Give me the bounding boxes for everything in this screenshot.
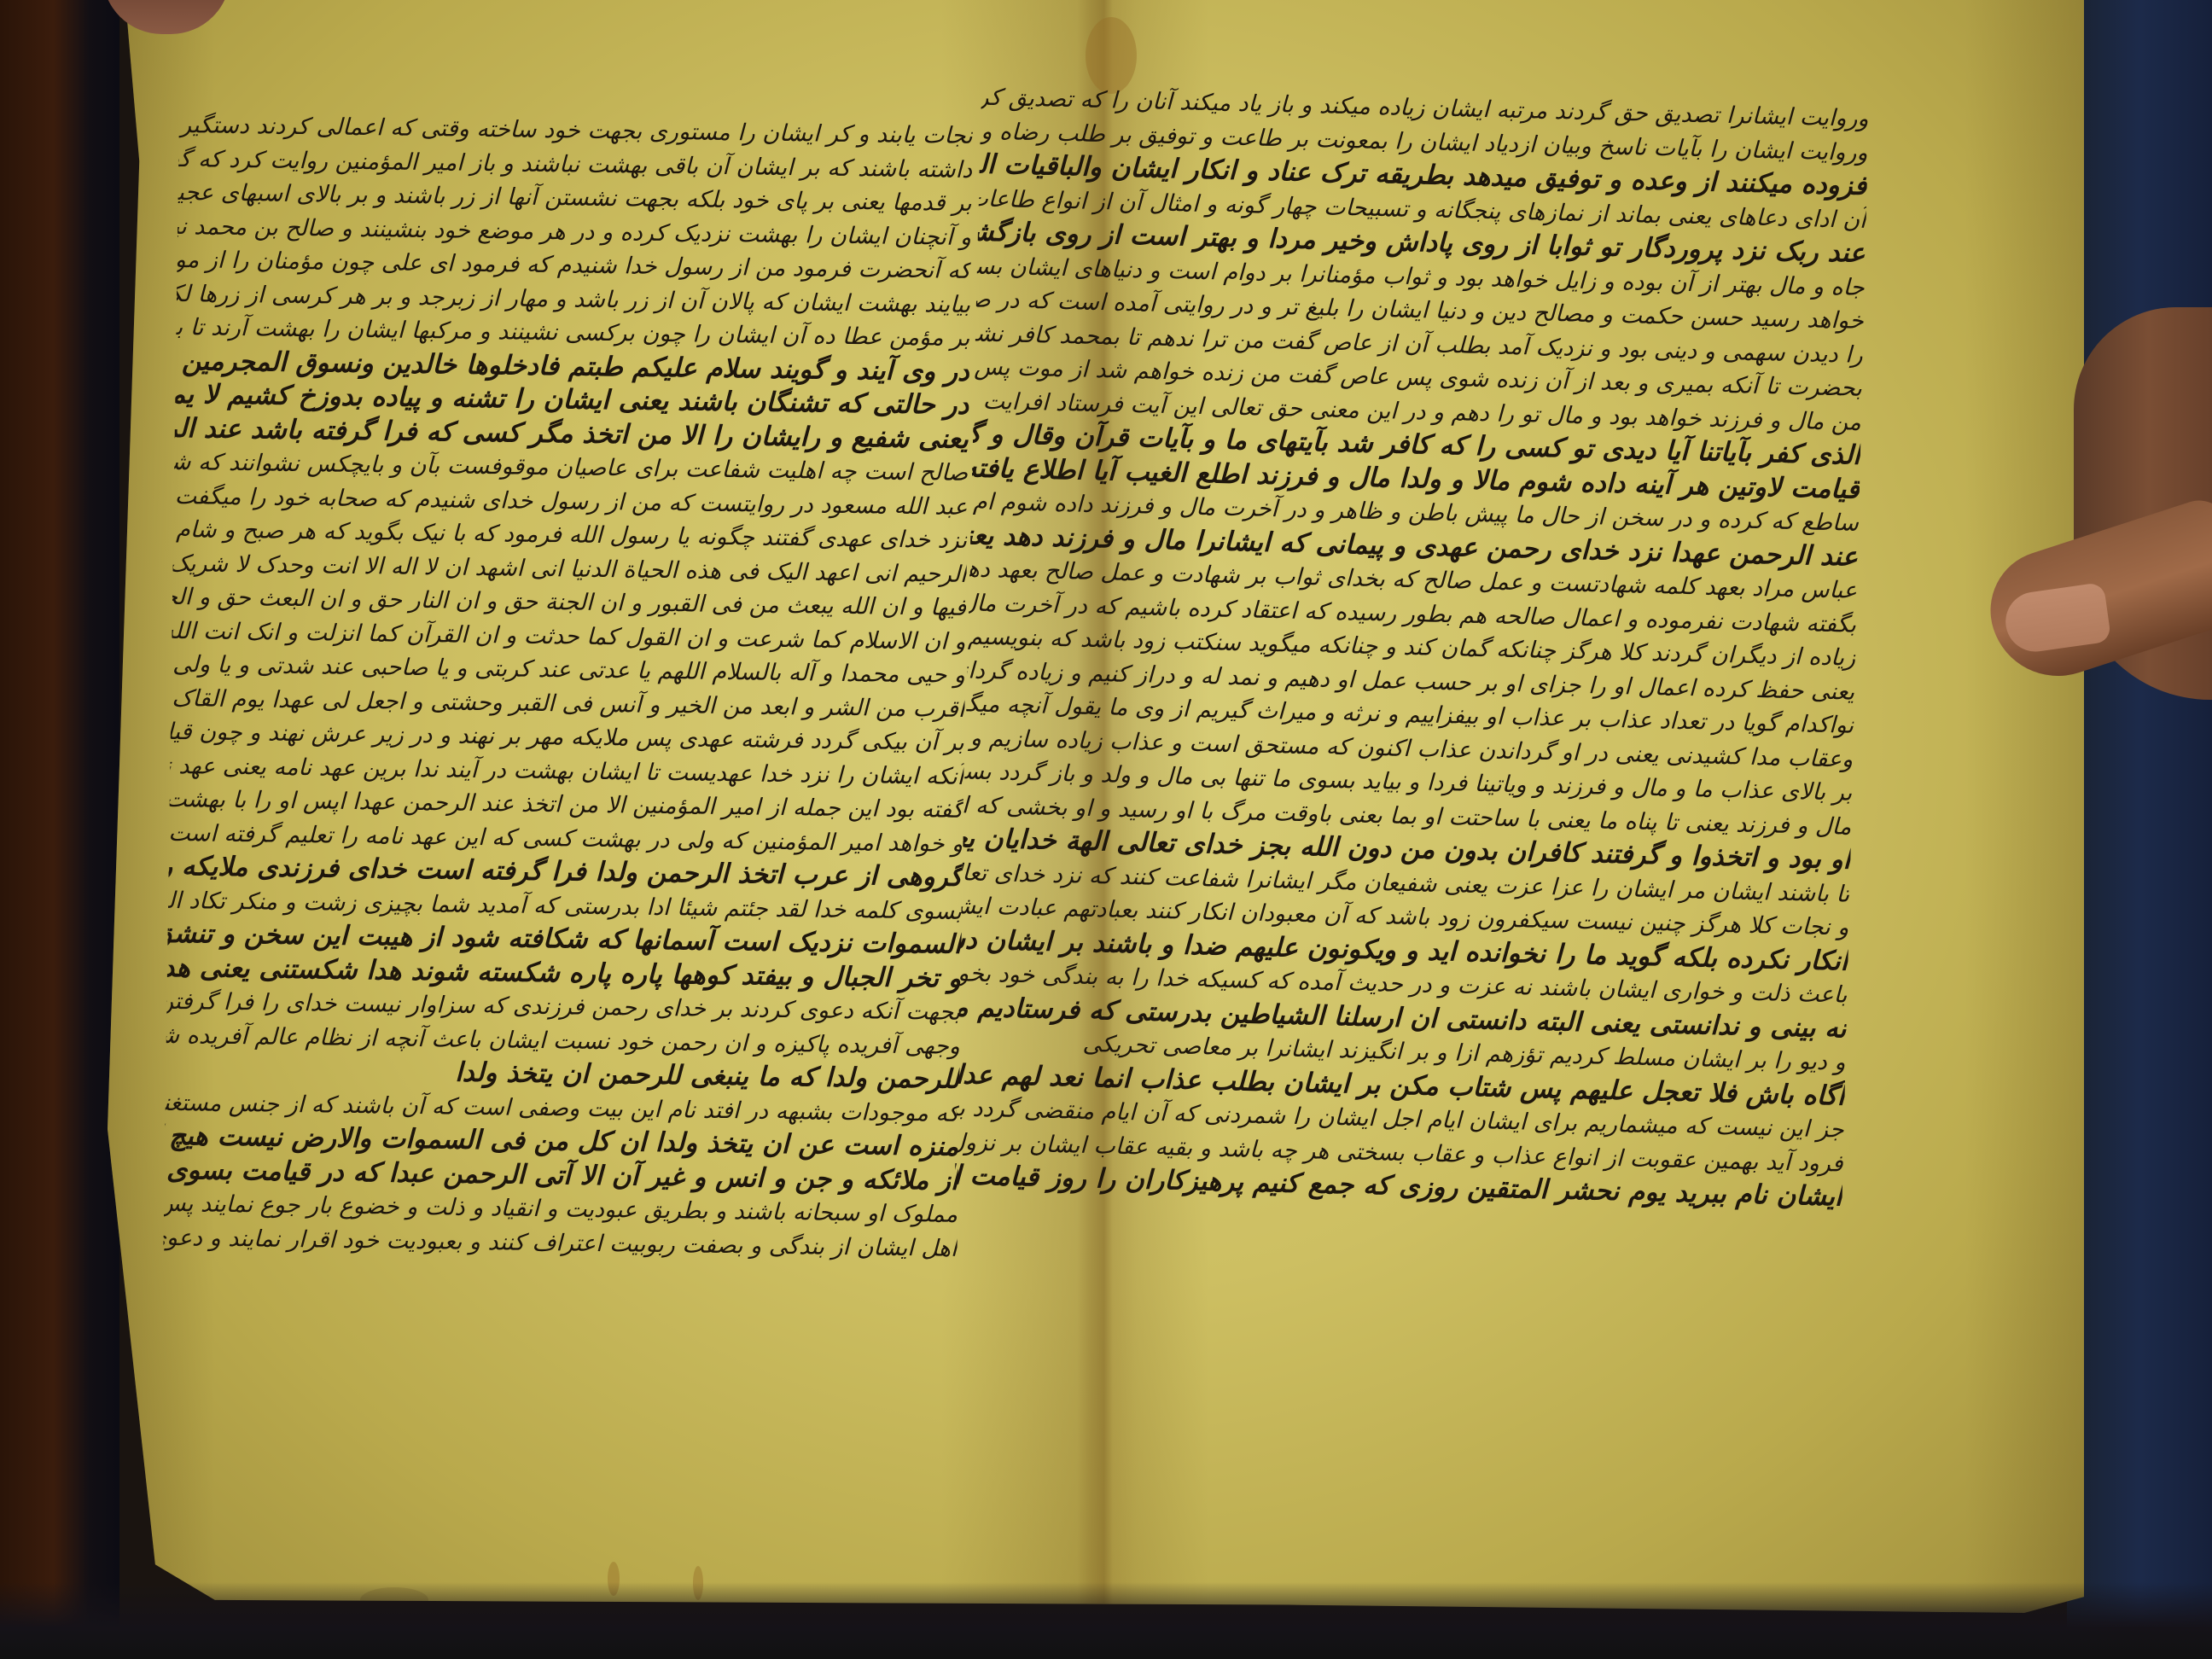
hand-holding-page [1954,444,2212,888]
dark-cloth-background-left [0,0,119,1659]
right-page-text: وروایت ایشانرا تصدیق حق گردند مرتبه ایشا… [954,81,1869,1215]
photo-scene: نجات یابند و کر ایشان را مستوری بجهت خود… [0,0,2212,1659]
dark-cloth-background-bottom [0,1582,2212,1659]
left-page-text: نجات یابند و کر ایشان را مستوری بجهت خود… [163,108,973,1266]
paper-stain [1086,17,1137,94]
